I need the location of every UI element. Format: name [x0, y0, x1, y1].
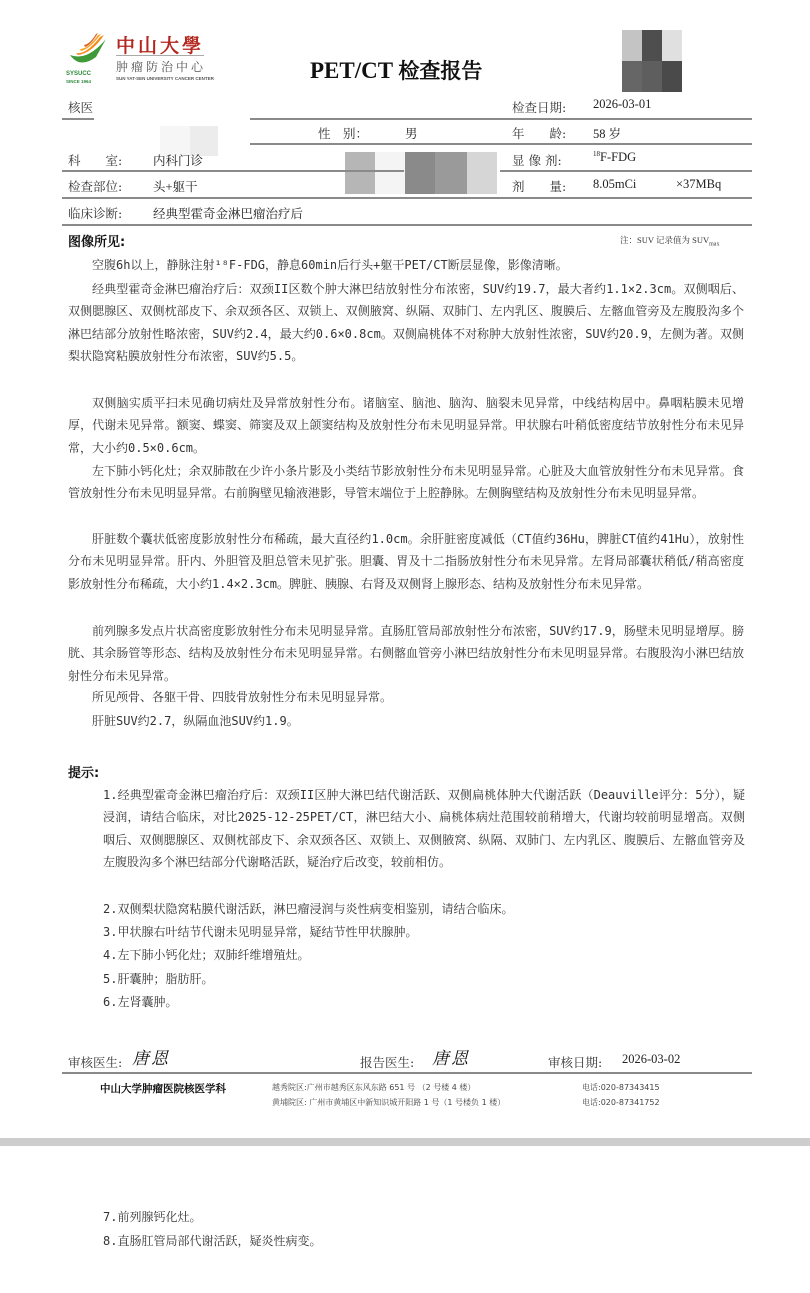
- redacted-id: [375, 152, 405, 194]
- impression-item: 6.左肾囊肿。: [103, 991, 745, 1013]
- impression-item: 7.前列腺钙化灶。: [103, 1206, 745, 1228]
- findings-paragraph: 左下肺小钙化灶；余双肺散在少许小条片影及小类结节影放射性分布未见明显异常。心脏及…: [68, 460, 744, 505]
- reporter-signature: 唐恩: [432, 1044, 470, 1069]
- redacted-id: [435, 152, 467, 194]
- impression-item: 3.甲状腺右叶结节代谢未见明显异常，疑结节性甲状腺肿。: [103, 921, 745, 943]
- divider: [62, 1072, 752, 1074]
- impression-item: 5.肝囊肿；脂肪肝。: [103, 968, 745, 990]
- redacted-id: [405, 152, 435, 194]
- impression-item: 4.左下肺小钙化灶；双肺纤维增殖灶。: [103, 944, 745, 966]
- logo-subname-cn: 肿瘤防治中心: [116, 58, 206, 75]
- suv-note-sub: max: [709, 242, 719, 248]
- diagnosis-value: 经典型霍奇金淋巴瘤治疗后: [153, 204, 303, 222]
- findings-paragraph: 双侧脑实质平扫未见确切病灶及异常放射性分布。诸脑室、脑池、脑沟、脑裂未见异常，中…: [68, 392, 744, 459]
- findings-paragraph: 肝脏SUV约2.7，纵隔血池SUV约1.9。: [68, 710, 744, 732]
- dose-value: 8.05mCi: [593, 177, 636, 192]
- findings-heading: 图像所见:: [68, 231, 125, 250]
- qr-code-icon: [622, 30, 684, 92]
- logo-abbr: SYSUCC SINCE 1964: [66, 71, 91, 85]
- divider: [62, 224, 752, 226]
- suv-note: 注：SUV 记录值为 SUVmax: [620, 234, 719, 248]
- reviewer-signature: 唐恩: [132, 1044, 170, 1069]
- impression-heading: 提示:: [68, 762, 99, 781]
- department-value: 内科门诊: [153, 151, 203, 169]
- impression-item: 1.经典型霍奇金淋巴瘤治疗后：双颈II区肿大淋巴结代谢活跃、双侧扁桃体肿大代谢活…: [103, 784, 745, 873]
- reporter-label: 报告医生:: [360, 1053, 414, 1071]
- divider: [250, 143, 752, 145]
- tracer-name: F-FDG: [600, 150, 636, 164]
- tracer-label: 显 像 剂:: [512, 151, 562, 169]
- divider: [500, 170, 752, 172]
- report-title-cn: 检查报告: [398, 59, 482, 83]
- divider: [250, 118, 752, 120]
- review-date: 2026-03-02: [622, 1052, 680, 1067]
- page-separator: [0, 1138, 810, 1146]
- report-title: PET/CT 检查报告: [310, 55, 482, 85]
- age-value: 58 岁: [593, 124, 621, 142]
- divider: [62, 170, 404, 172]
- exam-date-label: 检查日期:: [512, 98, 566, 116]
- redacted-id: [467, 152, 497, 194]
- dose-mbq: ×37MBq: [676, 177, 721, 192]
- impression-item: 8.直肠肛管局部代谢活跃，疑炎性病变。: [103, 1230, 745, 1252]
- footer-campus1-address: 越秀院区:广州市越秀区东风东路 651 号 （2 号楼 4 楼）: [272, 1082, 475, 1093]
- findings-paragraph: 空腹6h以上，静脉注射¹⁸F-FDG，静息60min后行头+躯干PET/CT断层…: [68, 254, 744, 276]
- divider: [62, 197, 752, 199]
- findings-paragraph: 肝脏数个囊状低密度影放射性分布稀疏，最大直径约1.0cm。余肝脏密度减低（CT值…: [68, 528, 744, 595]
- findings-paragraph: 所见颅骨、各躯干骨、四肢骨放射性分布未见明显异常。: [68, 686, 744, 708]
- department-label: 科 室:: [68, 151, 122, 169]
- logo-divider: [116, 55, 204, 56]
- logo-name-cn: 中山大學: [116, 31, 204, 58]
- diagnosis-label: 临床诊断:: [68, 204, 122, 222]
- reviewer-label: 审核医生:: [68, 1053, 122, 1071]
- report-title-en: PET/CT: [310, 58, 393, 83]
- tracer-isotope: 18: [593, 150, 600, 158]
- redacted-id: [345, 152, 375, 194]
- body-part-value: 头+躯干: [153, 177, 198, 195]
- footer-campus2-address: 黄埔院区: 广州市黄埔区中新知识城开阳路 1 号（1 号楼负 1 楼）: [272, 1097, 505, 1108]
- footer-campus1-phone: 电话:020-87343415: [582, 1082, 660, 1093]
- divider: [62, 118, 94, 120]
- dept-short: 核医: [68, 98, 93, 116]
- hospital-logo: SYSUCC SINCE 1964 中山大學 肿瘤防治中心 SUN YAT-SE…: [66, 33, 216, 85]
- gender-value: 男: [405, 124, 418, 142]
- suv-note-text: 注：SUV 记录值为 SUV: [620, 235, 709, 245]
- findings-paragraph: 前列腺多发点片状高密度影放射性分布未见明显异常。直肠肛管局部放射性分布浓密，SU…: [68, 620, 744, 687]
- body-part-label: 检查部位:: [68, 177, 122, 195]
- findings-paragraph: 经典型霍奇金淋巴瘤治疗后：双颈II区数个肿大淋巴结放射性分布浓密，SUV约19.…: [68, 278, 744, 367]
- logo-emblem-icon: [66, 33, 108, 73]
- exam-date: 2026-03-01: [593, 97, 651, 112]
- logo-name-en: SUN YAT-SEN UNIVERSITY CANCER CENTER: [116, 76, 214, 81]
- footer-campus2-phone: 电话:020-87341752: [582, 1097, 660, 1108]
- dose-label: 剂 量:: [512, 177, 566, 195]
- gender-label: 性 别：: [318, 124, 368, 142]
- impression-item: 2.双侧梨状隐窝粘膜代谢活跃，淋巴瘤浸润与炎性病变相鉴别，请结合临床。: [103, 898, 745, 920]
- footer-org: 中山大学肿瘤医院核医学科: [100, 1081, 226, 1096]
- age-label: 年 龄:: [512, 124, 566, 142]
- tracer-value: 18F-FDG: [593, 150, 636, 165]
- review-date-label: 审核日期:: [548, 1053, 602, 1071]
